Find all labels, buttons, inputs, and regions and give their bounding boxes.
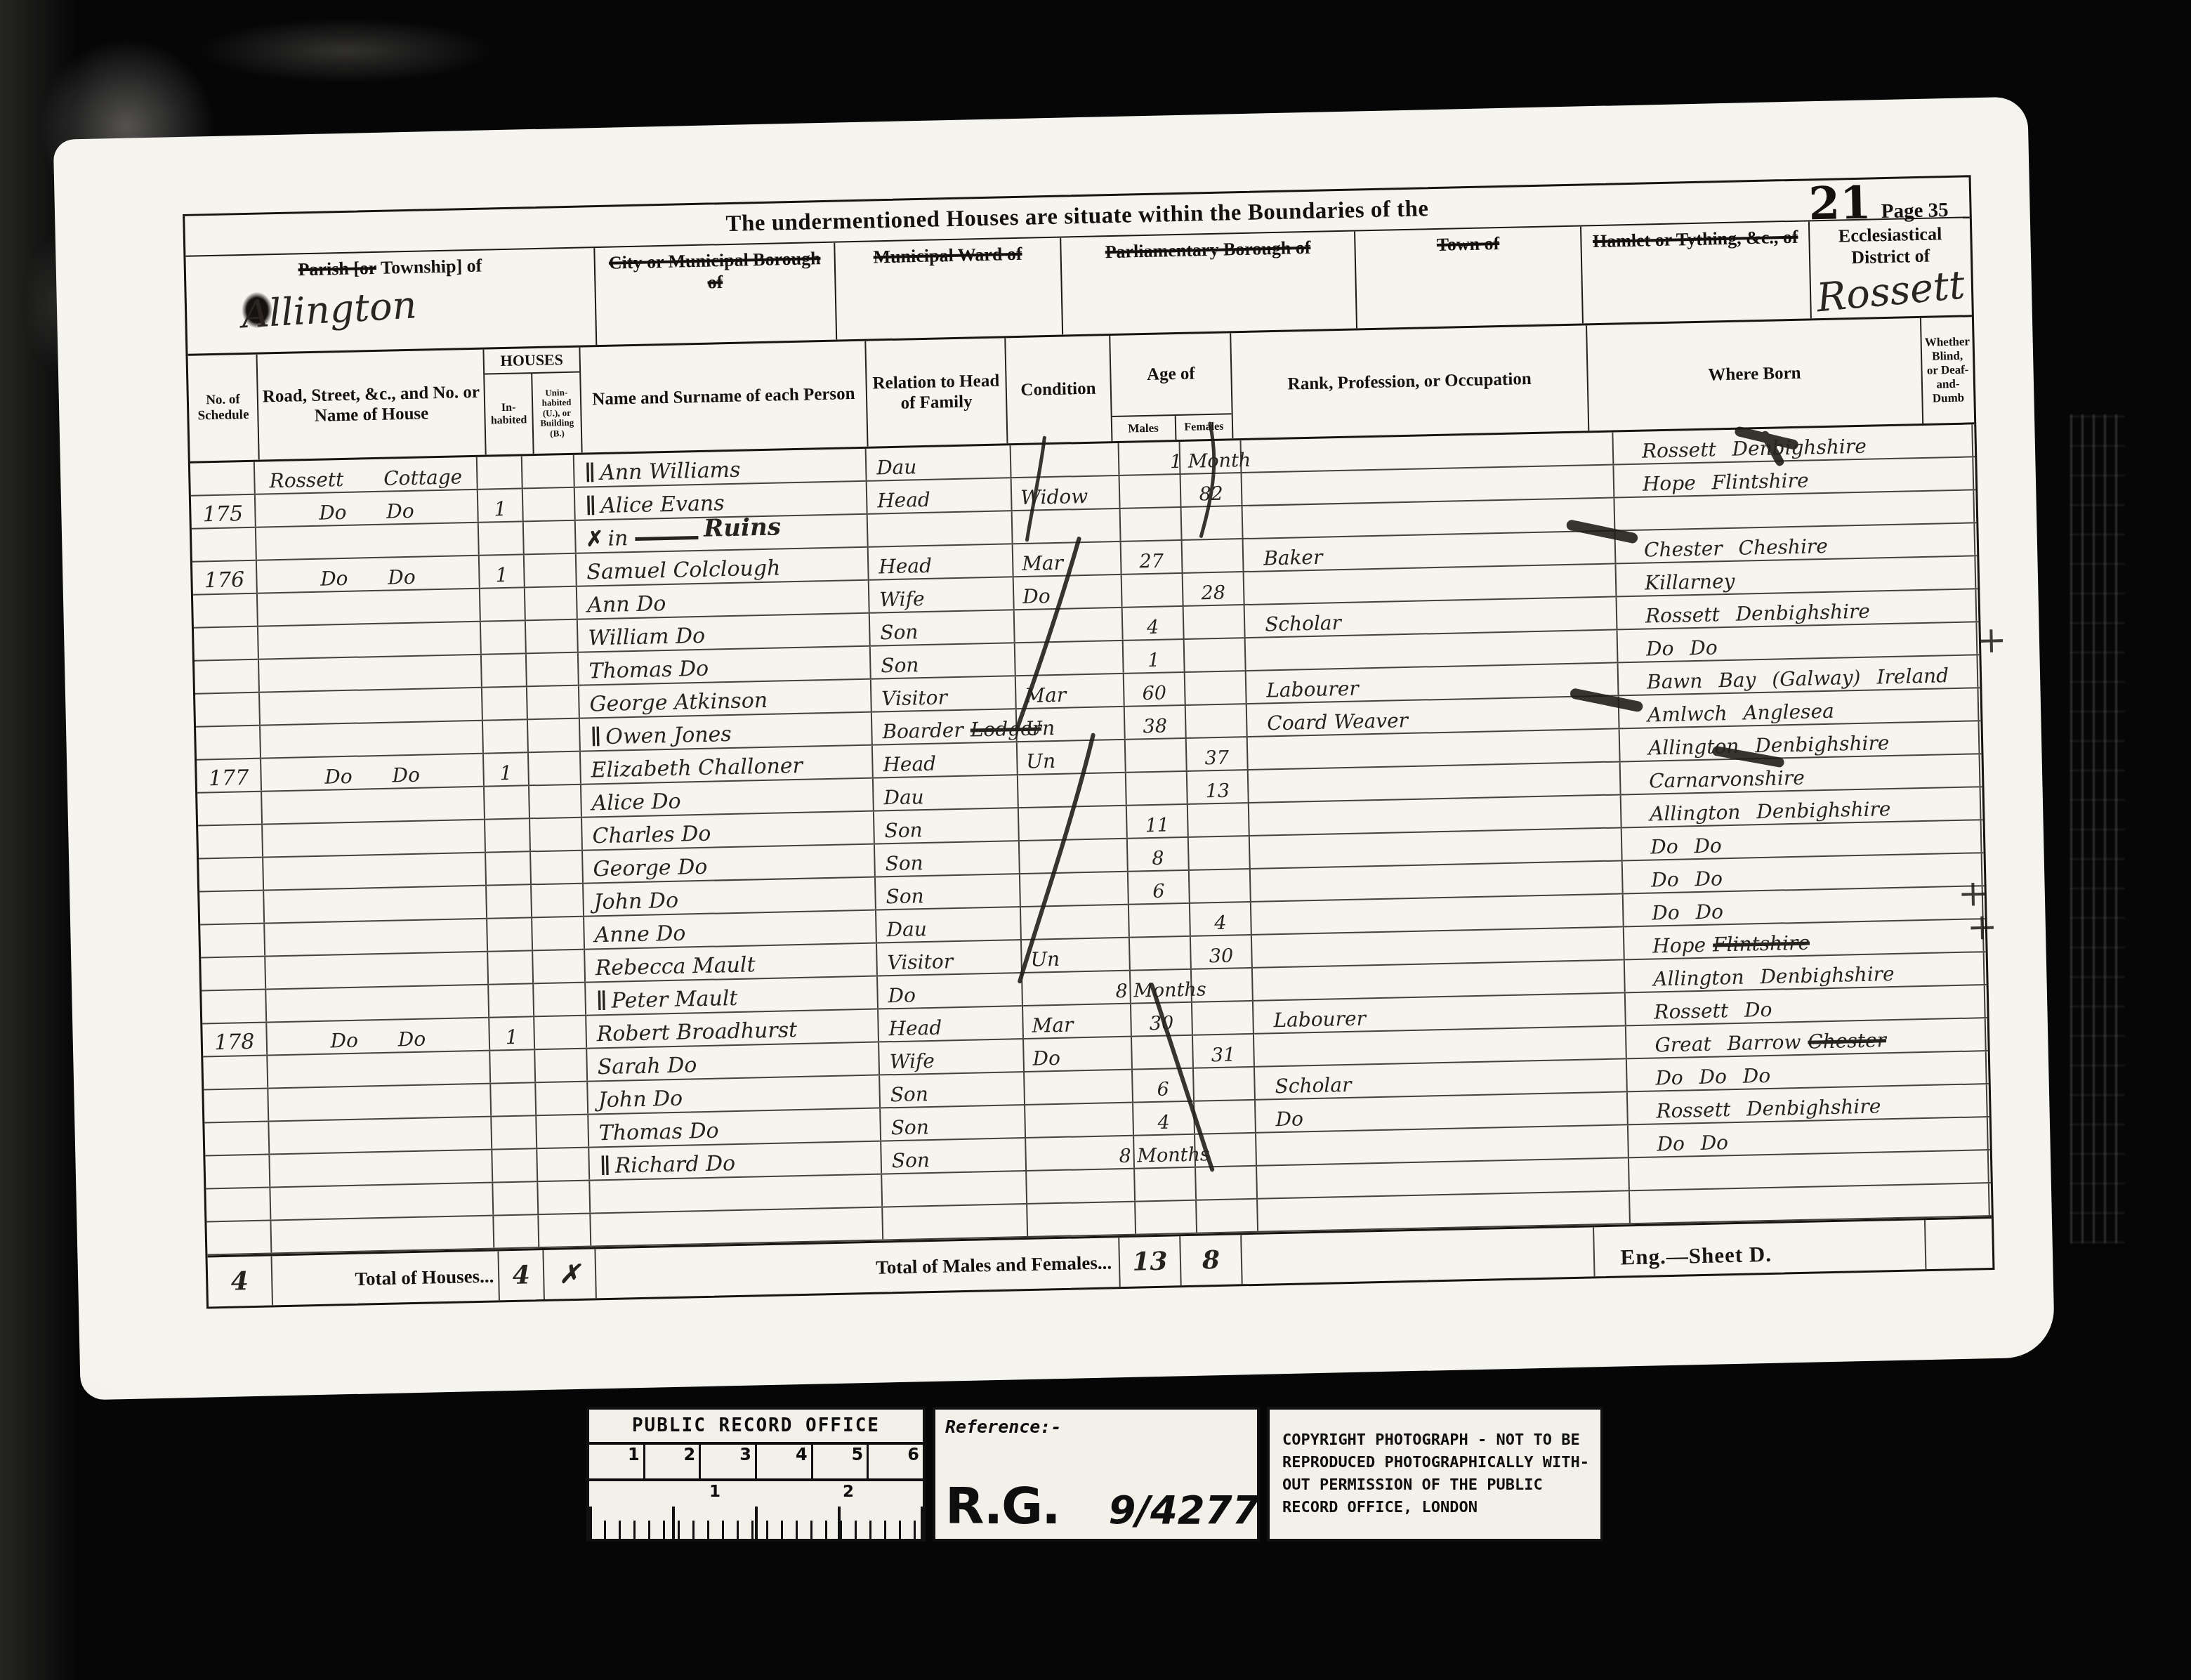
district-box-parliamentary: Parliamentary Borough of <box>1061 231 1357 334</box>
district-box-city: City or Municipal Borough of <box>595 243 837 345</box>
cell-house-name <box>262 787 485 824</box>
district-value: Allington <box>192 273 591 340</box>
cell-house-name <box>268 1051 491 1088</box>
cell-inhabited <box>479 522 525 554</box>
cell-relation: Wife <box>869 577 1015 612</box>
cell-blind-deaf <box>1980 754 1982 786</box>
ruler-number: 2 <box>645 1445 702 1478</box>
cell-person-name: ✗in———Ruins <box>576 515 869 553</box>
cell-relation: Son <box>870 610 1015 645</box>
cell-house-name: Rossett Cottage <box>255 457 478 494</box>
pro-stamp-ruler-box: PUBLIC RECORD OFFICE 1 2 3 4 5 6 1 2 <box>586 1407 926 1542</box>
cell-house-name <box>256 523 480 560</box>
cell-schedule-number <box>193 594 258 627</box>
col-header-name: Name and Surname of each Person <box>580 341 868 453</box>
cell-house-name: Do Do <box>257 556 480 593</box>
district-label: Hamlet or Tything, &c., of <box>1587 226 1803 253</box>
cell-person-name: Thomas Do <box>588 1109 881 1147</box>
cell-condition: Un <box>1018 740 1126 774</box>
cell-uninhabited <box>537 1115 589 1148</box>
cell-condition: Un <box>1022 938 1131 972</box>
pro-stamp: PUBLIC RECORD OFFICE 1 2 3 4 5 6 1 2 Ref… <box>586 1407 1603 1542</box>
cell-house-name <box>270 1150 493 1187</box>
cell-age-male <box>1135 1168 1197 1201</box>
cell-inhabited <box>478 456 523 488</box>
cell-relation: Visitor <box>871 676 1017 711</box>
copyright-line: COPYRIGHT PHOTOGRAPH - NOT TO BE <box>1282 1429 1589 1452</box>
cell-age-male: 30 <box>1131 1003 1193 1036</box>
cell-relation: Head <box>867 478 1013 513</box>
cell-inhabited <box>485 819 531 851</box>
cell-relation: Head <box>879 1006 1024 1041</box>
cell-inhabited <box>492 1116 537 1148</box>
cell-uninhabited <box>531 851 584 884</box>
copyright-line: RECORD OFFICE, LONDON <box>1282 1497 1589 1519</box>
cell-relation <box>868 511 1013 546</box>
col-header-where-born: Where Born <box>1587 318 1924 431</box>
cell-schedule-number <box>195 660 260 693</box>
col-header-houses: HOUSES <box>484 348 579 375</box>
cell-condition <box>1020 872 1129 906</box>
cell-schedule-number <box>196 726 261 759</box>
cell-blind-deaf <box>1986 1018 1988 1050</box>
cell-person-name: Thomas Do <box>579 647 871 685</box>
cell-blind-deaf <box>1983 886 1985 918</box>
cell-house-name: Do Do <box>256 490 479 527</box>
cell-schedule-number <box>205 1155 270 1188</box>
col-header-age-group: Age of Males Females <box>1110 333 1234 441</box>
cell-age-male <box>1121 508 1183 541</box>
cell-uninhabited <box>527 653 579 686</box>
cell-person-name: Alice Do <box>581 779 874 817</box>
cell-schedule-number <box>195 693 261 726</box>
district-label: Parliamentary Borough of <box>1067 236 1348 264</box>
cell-uninhabited <box>529 752 581 785</box>
cell-condition <box>1027 1202 1136 1236</box>
cell-age-male: 8 Months <box>1134 1135 1196 1168</box>
cell-age-male <box>1130 937 1192 970</box>
cell-age-female <box>1194 1068 1256 1101</box>
census-sheet: The undermentioned Houses are situate wi… <box>53 97 2055 1400</box>
cell-age-male: 6 <box>1133 1069 1195 1102</box>
district-box-parish: Parish [or Township] of Allington <box>185 248 597 354</box>
totals-females-value: 8 <box>1180 1235 1243 1285</box>
col-header-uninhabited: Unin-habited (U.), or Building (B.) <box>532 373 581 454</box>
cell-condition: Widow <box>1012 476 1121 510</box>
cell-age-female: 1 Month <box>1180 440 1242 473</box>
totals-males-females-label: Total of Males and Females... <box>596 1238 1120 1298</box>
totals-males-value: 13 <box>1119 1236 1182 1287</box>
cell-blind-deaf <box>1985 985 1987 1017</box>
cell-relation: Do <box>878 973 1023 1008</box>
cell-relation: Wife <box>879 1039 1025 1074</box>
cell-schedule-number <box>201 957 266 990</box>
totals-houses-mark: ✗ <box>544 1249 597 1299</box>
col-header-relation: Relation to Head of Family <box>866 338 1008 446</box>
cell-condition <box>1013 509 1121 543</box>
cell-condition: Do <box>1014 575 1123 609</box>
cell-age-female <box>1182 506 1244 539</box>
cell-condition <box>1020 839 1129 873</box>
cell-inhabited <box>487 918 533 950</box>
cell-condition: Do <box>1024 1037 1133 1071</box>
ruler-number: 5 <box>813 1445 869 1478</box>
cell-blind-deaf <box>1981 787 1983 819</box>
cell-person-name: ∥Owen Jones <box>580 713 873 751</box>
cell-schedule-number <box>198 825 263 858</box>
cell-house-name <box>264 886 487 923</box>
cell-inhabited <box>492 1149 538 1181</box>
district-label: City or Municipal Borough of <box>601 247 829 296</box>
cell-person-name: Sarah Do <box>587 1043 880 1081</box>
cell-blind-deaf <box>1987 1051 1989 1083</box>
cell-age-female: 4 <box>1190 903 1252 936</box>
cell-person-name: Rebecca Mault <box>585 944 878 982</box>
ruler-scale-inches: 1 2 3 4 5 6 <box>589 1445 923 1481</box>
cell-uninhabited <box>534 983 586 1016</box>
cell-blind-deaf <box>1988 1117 1990 1149</box>
cell-house-name <box>258 589 481 626</box>
cell-age-female <box>1189 836 1251 869</box>
cell-condition <box>1019 806 1128 840</box>
piece-number: 9/4277 <box>1108 1492 1259 1529</box>
cell-age-male <box>1129 904 1191 937</box>
cell-relation: Son <box>881 1105 1026 1140</box>
cell-age-female <box>1196 1167 1258 1200</box>
cell-blind-deaf <box>1974 490 1976 522</box>
cell-uninhabited <box>534 1016 587 1049</box>
cell-uninhabited <box>527 686 580 719</box>
cell-schedule-number: 177 <box>197 759 262 792</box>
cell-age-male <box>1126 739 1187 772</box>
cell-age-female: 82 <box>1181 473 1243 506</box>
cell-schedule-number <box>192 528 257 561</box>
totals-empty-blind <box>1926 1219 1993 1269</box>
cell-schedule-number <box>199 858 264 891</box>
cell-inhabited <box>483 720 529 752</box>
col-header-blind-deaf: Whether Blind, or Deaf-and-Dumb <box>1921 317 1974 424</box>
cell-relation: Son <box>874 808 1020 843</box>
cell-age-male: 8 <box>1128 838 1190 871</box>
cell-age-female <box>1197 1200 1258 1233</box>
cell-schedule-number <box>200 924 265 957</box>
cell-person-name: Samuel Colclough <box>577 548 869 586</box>
cell-person-name: George Do <box>583 845 876 883</box>
col-header-males: Males <box>1112 416 1176 441</box>
cell-inhabited: 1 <box>478 489 524 521</box>
cell-age-male: 1 <box>1124 640 1185 673</box>
cell-person-name: ∥Richard Do <box>589 1141 882 1179</box>
cell-relation <box>882 1172 1027 1206</box>
reference-label: Reference:- <box>945 1417 1247 1437</box>
cell-age-female: 37 <box>1187 737 1249 770</box>
cell-uninhabited <box>528 719 581 752</box>
cell-schedule-number <box>197 792 263 825</box>
cell-inhabited <box>487 885 532 917</box>
cell-age-male: 60 <box>1124 673 1186 706</box>
cell-house-name <box>270 1183 494 1220</box>
cell-person-name: John Do <box>584 878 876 916</box>
cell-age-male <box>1122 574 1184 607</box>
cell-schedule-number <box>202 990 267 1023</box>
cell-schedule-number <box>194 627 259 660</box>
cell-person-name <box>591 1207 883 1245</box>
col-header-houses-group: HOUSES In-habited Unin-habited (U.), or … <box>484 348 582 455</box>
ruler-number: 6 <box>869 1445 923 1478</box>
pro-stamp-reference-box: Reference:- R.G. 9/4277 <box>933 1407 1260 1542</box>
cell-age-female: 28 <box>1183 572 1245 605</box>
col-header-schedule: No. of Schedule <box>188 355 261 461</box>
cell-age-male: 38 <box>1125 706 1187 739</box>
cell-relation: Dau <box>876 907 1022 942</box>
cell-relation: Visitor <box>877 940 1022 975</box>
cell-age-female: 30 <box>1191 936 1253 969</box>
cell-uninhabited <box>536 1082 588 1115</box>
ruler-lower-label: 2 <box>843 1483 854 1501</box>
cell-condition <box>1015 641 1124 675</box>
cell-blind-deaf <box>1989 1150 1991 1182</box>
col-header-inhabited: In-habited <box>485 374 534 454</box>
cell-house-name <box>263 853 487 890</box>
cell-age-male: 4 <box>1133 1102 1195 1135</box>
cell-age-female <box>1192 1002 1254 1035</box>
district-label: Town of <box>1361 231 1575 258</box>
cell-condition <box>1011 443 1120 477</box>
cell-age-female <box>1195 1101 1256 1134</box>
cell-relation: Son <box>881 1138 1027 1173</box>
cell-person-name <box>590 1174 883 1212</box>
cell-condition <box>1021 905 1130 939</box>
cell-age-female <box>1184 605 1246 638</box>
cell-inhabited <box>489 984 534 1016</box>
cell-inhabited <box>490 1050 536 1082</box>
cell-schedule-number: 178 <box>202 1023 268 1056</box>
cell-house-name <box>268 1084 492 1121</box>
cell-schedule-number <box>206 1188 271 1221</box>
totals-schedule-count: 4 <box>208 1256 274 1306</box>
cell-age-female: 13 <box>1187 770 1249 803</box>
cell-inhabited <box>482 654 527 686</box>
cell-condition <box>1025 1070 1133 1104</box>
cell-house-name <box>269 1117 492 1154</box>
cell-uninhabited <box>538 1181 591 1214</box>
census-rows: Rossett Cottage ∥Ann Williams Dau 1 Mont… <box>190 424 1992 1255</box>
sheet-note: Eng.—Sheet D. <box>1620 1242 1772 1271</box>
cell-age-male: 8 Months <box>1131 970 1192 1003</box>
cell-house-name: Do Do <box>267 1018 490 1055</box>
cell-condition <box>1025 1103 1134 1137</box>
cell-person-name: John Do <box>588 1076 881 1114</box>
cell-uninhabited <box>525 554 577 587</box>
cell-uninhabited <box>539 1214 591 1247</box>
ruler-number: 4 <box>757 1445 813 1478</box>
district-box-ward: Municipal Ward of <box>835 238 1063 340</box>
ruler-number: 1 <box>589 1445 645 1478</box>
cell-uninhabited <box>523 488 576 521</box>
census-form: The undermentioned Houses are situate wi… <box>183 175 1994 1308</box>
cell-relation: Head <box>869 544 1014 579</box>
cell-blind-deaf <box>1985 952 1987 984</box>
district-box-town: Town of <box>1355 226 1584 328</box>
cell-relation <box>883 1205 1028 1239</box>
col-header-occupation: Rank, Profession, or Occupation <box>1231 325 1588 438</box>
series-code: R.G. <box>945 1483 1060 1529</box>
cell-inhabited <box>488 951 534 983</box>
cell-uninhabited <box>525 587 578 620</box>
cell-blind-deaf <box>1989 1183 1992 1215</box>
cell-inhabited <box>481 621 527 653</box>
district-box-ecclesiastical: Ecclesiastical District of Rossett <box>1810 218 1971 318</box>
cell-inhabited <box>494 1215 539 1247</box>
cell-uninhabited <box>529 785 582 818</box>
cell-age-male: 4 <box>1123 607 1185 640</box>
cell-uninhabited <box>532 917 585 950</box>
cell-uninhabited <box>537 1148 590 1181</box>
cell-blind-deaf <box>1982 853 1985 885</box>
cell-person-name: ∥Peter Mault <box>586 977 879 1015</box>
col-header-females: Females <box>1176 414 1232 440</box>
copyright-line: OUT PERMISSION OF THE PUBLIC <box>1282 1474 1589 1497</box>
cell-blind-deaf <box>1976 589 1978 621</box>
cell-blind-deaf <box>1978 655 1980 687</box>
cell-schedule-number <box>199 891 265 924</box>
cell-schedule-number <box>190 462 256 495</box>
cell-uninhabited <box>535 1049 588 1082</box>
cell-age-female <box>1185 638 1246 671</box>
cell-inhabited <box>485 786 530 818</box>
cell-inhabited: 1 <box>489 1017 535 1049</box>
cell-inhabited: 1 <box>480 555 525 587</box>
col-header-condition: Condition <box>1006 336 1112 443</box>
cell-blind-deaf <box>1987 1084 1989 1116</box>
cell-age-male: 6 <box>1129 871 1190 904</box>
cell-schedule-number <box>206 1221 272 1254</box>
cell-blind-deaf <box>1979 721 1981 753</box>
cell-age-male: 11 <box>1127 805 1189 838</box>
cell-blind-deaf <box>1973 424 1975 456</box>
cell-inhabited <box>480 588 526 620</box>
cell-age-male: 27 <box>1121 541 1183 574</box>
district-label: Municipal Ward of <box>841 242 1055 269</box>
cell-house-name <box>265 952 489 989</box>
cell-blind-deaf <box>1975 556 1978 588</box>
cell-person-name: William Do <box>578 614 871 652</box>
totals-houses-value: 4 <box>499 1250 545 1300</box>
cell-house-name <box>266 985 489 1022</box>
cell-inhabited <box>486 852 532 884</box>
cell-age-male <box>1120 475 1182 508</box>
pro-office-title: PUBLIC RECORD OFFICE <box>589 1410 923 1445</box>
cell-relation: Son <box>880 1072 1025 1107</box>
cell-condition: Mar <box>1023 1004 1132 1038</box>
cell-relation: Dau <box>867 445 1012 480</box>
cell-inhabited <box>491 1083 537 1115</box>
cell-age-male <box>1126 772 1188 805</box>
cell-blind-deaf <box>1978 688 1980 720</box>
district-label: Ecclesiastical District of <box>1815 223 1965 270</box>
ruler-number: 3 <box>701 1445 757 1478</box>
cell-inhabited <box>493 1182 539 1214</box>
district-box-hamlet: Hamlet or Tything, &c., of <box>1581 221 1812 323</box>
cell-relation: Son <box>876 874 1021 909</box>
cell-blind-deaf <box>1982 820 1984 852</box>
pro-stamp-copyright-box: COPYRIGHT PHOTOGRAPH - NOT TO BE REPRODU… <box>1267 1407 1603 1542</box>
cell-uninhabited <box>522 455 575 488</box>
cell-house-name <box>260 688 483 725</box>
cell-schedule-number <box>203 1056 268 1089</box>
cell-schedule-number: 175 <box>191 495 256 528</box>
cell-age-female <box>1192 969 1254 1002</box>
cell-schedule-number <box>204 1089 269 1122</box>
copyright-line: REPRODUCED PHOTOGRAPHICALLY WITH- <box>1282 1452 1589 1474</box>
cell-age-female: 31 <box>1193 1035 1255 1068</box>
cell-condition <box>1015 608 1124 642</box>
cell-house-name <box>261 721 484 758</box>
cell-condition: Un <box>1017 707 1126 741</box>
photo-streaks-right-edge <box>2070 414 2125 1243</box>
cell-age-male <box>1136 1201 1197 1234</box>
cell-relation: BoarderLodger <box>872 709 1018 744</box>
cell-relation: Head <box>873 742 1018 777</box>
cell-condition: Mar <box>1016 674 1125 708</box>
cell-age-female <box>1185 671 1247 704</box>
ruler-scale-fine: 1 2 <box>589 1481 923 1539</box>
cell-person-name: George Atkinson <box>579 680 872 718</box>
totals-empty-occupation <box>1242 1227 1595 1284</box>
cell-condition <box>1018 773 1127 807</box>
cell-person-name: Charles Do <box>582 812 875 850</box>
cell-person-name: Robert Broadhurst <box>586 1010 879 1048</box>
cell-house-name <box>263 820 486 857</box>
cell-schedule-number <box>204 1122 270 1155</box>
cell-relation: Son <box>871 643 1016 678</box>
cell-blind-deaf <box>1977 622 1979 654</box>
cell-age-female <box>1195 1134 1257 1167</box>
cell-condition: Mar <box>1013 542 1122 576</box>
cell-age-male <box>1132 1036 1194 1069</box>
cell-blind-deaf <box>1984 919 1986 951</box>
totals-houses-label: Total of Houses... <box>272 1251 500 1305</box>
cell-uninhabited <box>530 818 583 851</box>
cell-person-name: Elizabeth Challoner <box>581 746 874 784</box>
cell-schedule-number: 176 <box>192 561 258 594</box>
cell-person-name: ∥Ann Williams <box>574 449 867 487</box>
cell-uninhabited <box>524 521 577 554</box>
ruler-lower-label: 1 <box>709 1483 721 1501</box>
cell-inhabited <box>482 687 528 719</box>
cell-house-name <box>259 655 482 692</box>
col-header-age: Age of <box>1110 333 1232 416</box>
cell-house-name <box>265 919 488 956</box>
district-value: Rossett <box>1815 263 1968 322</box>
cell-uninhabited <box>532 884 584 917</box>
cell-person-name: Ann Do <box>577 581 870 619</box>
cell-relation: Son <box>875 841 1020 876</box>
cell-house-name <box>271 1216 494 1253</box>
col-header-road: Road, Street, &c., and No. or Name of Ho… <box>258 350 487 460</box>
cell-uninhabited <box>533 950 586 983</box>
cell-age-female <box>1186 704 1248 737</box>
cell-house-name: Do Do <box>261 754 485 791</box>
cell-inhabited: 1 <box>484 753 529 785</box>
cell-age-female <box>1188 803 1250 836</box>
cell-house-name <box>258 622 482 659</box>
cell-blind-deaf <box>1975 523 1977 555</box>
cell-condition <box>1027 1169 1136 1203</box>
cell-blind-deaf <box>1973 457 1975 489</box>
cell-person-name: Anne Do <box>584 911 877 949</box>
cell-age-female <box>1183 539 1244 572</box>
